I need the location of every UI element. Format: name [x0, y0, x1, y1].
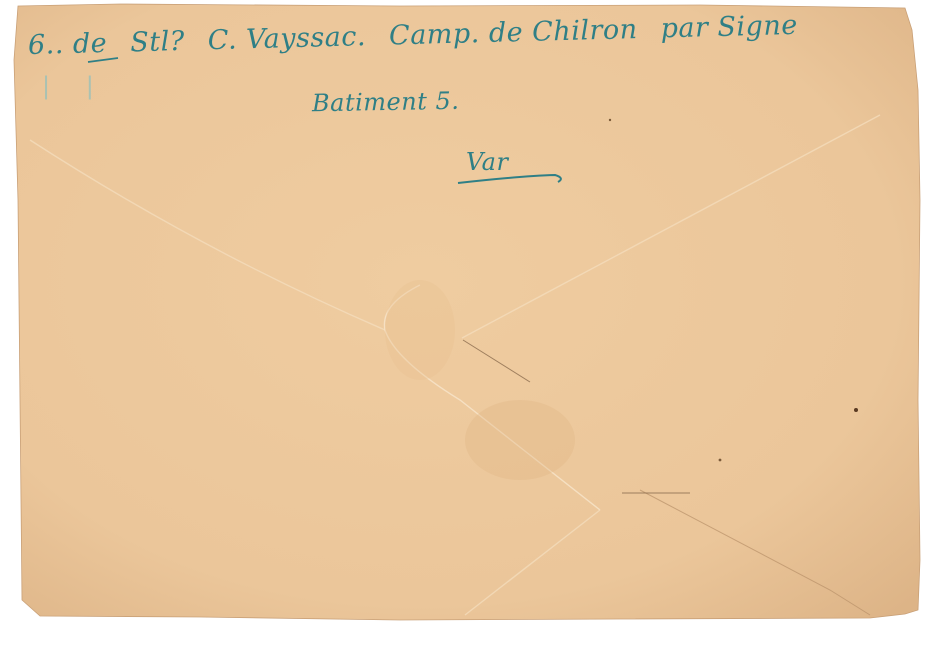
faint-pencil-strokes: | | — [42, 72, 108, 100]
recipient-name: C. Vayssac. — [207, 21, 366, 56]
envelope-back — [0, 0, 932, 650]
photo-canvas: | | 6.. de Stl? C. Vayssac. Camp. de Chi… — [0, 0, 932, 650]
address-prefix: 6.. de — [28, 28, 108, 61]
envelope-paper — [14, 4, 920, 620]
camp-name: Camp. de Chilron — [389, 14, 638, 51]
address-line-2-building: Batiment 5. — [312, 87, 460, 118]
address-line-3-department: Var — [466, 148, 508, 176]
via-town: par Signe — [660, 10, 798, 45]
address-title: Stl? — [130, 26, 185, 58]
